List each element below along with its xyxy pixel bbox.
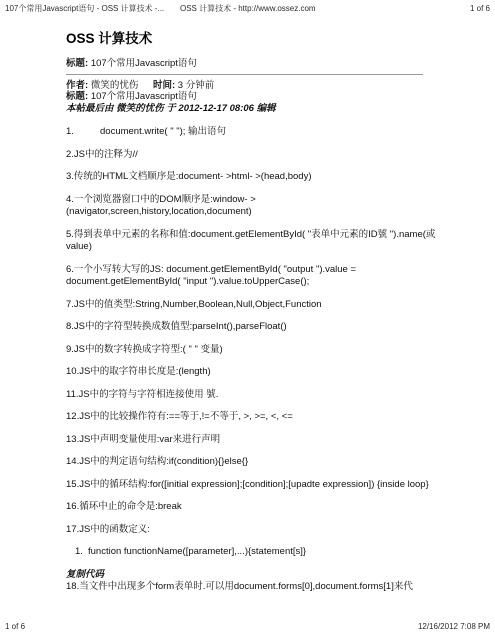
post-subject-line: 标题: 107个常用Javascript语句 (66, 58, 438, 70)
list-item: 14.JS中的判定语句结构:if(condition){}else{} (66, 456, 438, 469)
list-item: 5.得到表单中元素的名称和值:document.getElementById( … (66, 229, 438, 254)
title-label: 标题: (66, 91, 88, 102)
list-item: 16.循环中止的命令是:break (66, 501, 438, 514)
header-site-url: OSS 计算技术 - http://www.ossez.com (180, 4, 316, 14)
time-value: 3 分钟前 (178, 80, 214, 91)
list-item: 12.JS中的比较操作符有:==等于,!=不等于, >, >=, <, <= (66, 411, 438, 424)
list-item: 11.JS中的字符与字符相连接使用 號. (66, 389, 438, 402)
list-item: 8.JS中的字符型转换成数值型:parseInt(),parseFloat() (66, 321, 438, 334)
print-footer: 1 of 6 12/16/2012 7:08 PM (0, 622, 495, 634)
title-value: 107个常用Javascript语句 (91, 91, 197, 102)
document-body: OSS 计算技术 标题: 107个常用Javascript语句 作者: 微笑的忧… (66, 30, 438, 604)
footer-page-number: 1 of 6 (5, 622, 25, 632)
author-label: 作者: (66, 80, 88, 91)
list-number: 1. (75, 546, 88, 559)
list-text: function functionName([parameter],...){s… (88, 546, 306, 559)
list-item: 4.一个浏览器窗口中的DOM顺序是:window- >(navigator,sc… (66, 194, 438, 219)
copy-code-label: 复制代码 (66, 569, 438, 582)
author-value: 微笑的忧伤 (91, 80, 139, 91)
list-number: 1. (66, 126, 100, 139)
subject-value: 107个常用Javascript语句 (91, 58, 197, 69)
list-item: 18.当文件中出现多个form表单时.可以用document.forms[0],… (66, 581, 438, 594)
list-item: 1.function functionName([parameter],...)… (75, 546, 438, 559)
page-title: OSS 计算技术 (66, 30, 438, 48)
subject-label: 标题: (66, 58, 88, 69)
content-list: 1.document.write( " "); 输出语句2.JS中的注释为//3… (66, 126, 438, 594)
header-page-number: 1 of 6 (470, 4, 490, 14)
print-header: 107个常用Javascript语句 - OSS 计算技术 -... OSS 计… (0, 4, 495, 18)
footer-timestamp: 12/16/2012 7:08 PM (418, 622, 490, 632)
list-item: 7.JS中的值类型:String,Number,Boolean,Null,Obj… (66, 299, 438, 312)
list-text: document.write( " "); 输出语句 (100, 126, 226, 139)
list-item: 10.JS中的取字符串长度是:(length) (66, 366, 438, 379)
list-item: 1.document.write( " "); 输出语句 (66, 126, 438, 139)
meta-divider (66, 74, 423, 75)
list-item: 9.JS中的数字转换成字符型:( " " 变量) (66, 344, 438, 357)
post-title-line: 标题: 107个常用Javascript语句 (66, 91, 438, 103)
list-item: 6.一个小写转大写的JS: document.getElementById( "… (66, 264, 438, 289)
time-label: 时间: (153, 80, 175, 91)
list-item: 17.JS中的函数定义: (66, 524, 438, 537)
post-author-line: 作者: 微笑的忧伤 时间: 3 分钟前 (66, 80, 438, 92)
header-document-title: 107个常用Javascript语句 - OSS 计算技术 -... (5, 4, 164, 14)
list-item: 13.JS中声明变量使用:var来进行声明 (66, 434, 438, 447)
list-item: 2.JS中的注释为// (66, 149, 438, 162)
edit-note: 本帖最后由 微笑的忧伤 于 2012-12-17 08:06 编辑 (66, 103, 438, 115)
document-page: { "header": { "left": "107个常用Javascript语… (0, 0, 495, 640)
list-item: 15.JS中的循环结构:for([initial expression];[co… (66, 479, 438, 492)
list-item: 3.传统的HTML文档顺序是:document- >html- >(head,b… (66, 171, 438, 184)
